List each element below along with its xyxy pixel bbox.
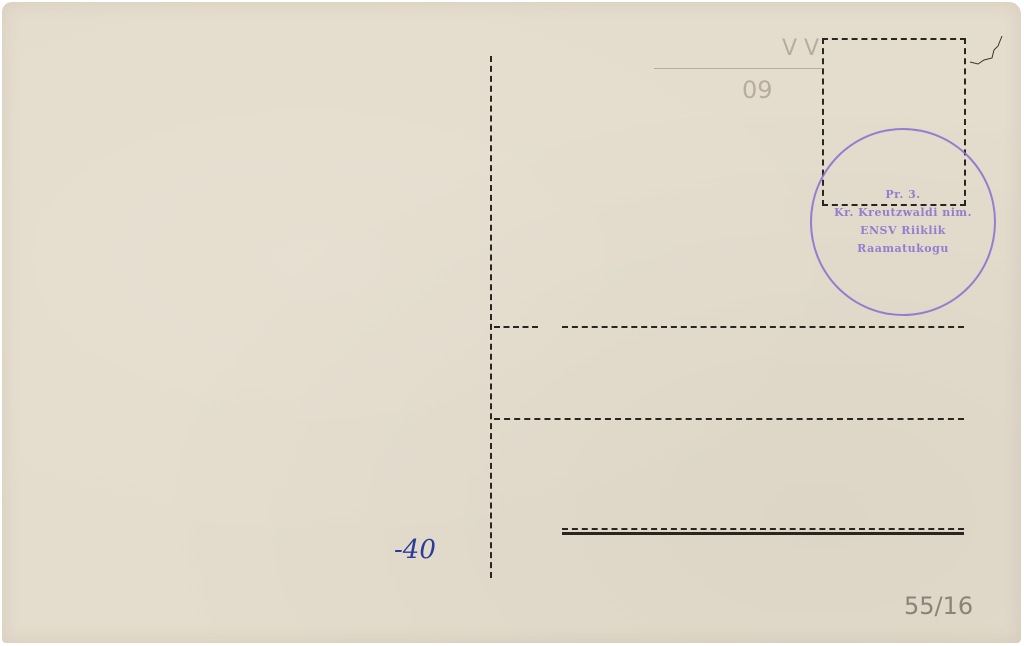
library-postmark-stamp: Pr. 3. Kr. Kreutzwaldi nim. ENSV Riiklik… bbox=[810, 128, 996, 316]
postcard-back: V V 09 Pr. 3. Kr. Kreutzwaldi nim. ENSV … bbox=[2, 2, 1021, 643]
pencil-catalog-number: 55/16 bbox=[904, 592, 973, 620]
postmark-line-2: Kr. Kreutzwaldi nim. bbox=[834, 204, 972, 222]
blue-ink-annotation: -40 bbox=[394, 535, 436, 565]
address-line-2 bbox=[494, 418, 964, 420]
postmark-line-1: Pr. 3. bbox=[885, 186, 920, 204]
postmark-line-4: Raamatukogu bbox=[857, 240, 949, 258]
faint-pencil-mark: V V bbox=[782, 36, 819, 61]
address-line-1-short bbox=[494, 326, 538, 328]
address-line-1 bbox=[562, 326, 964, 328]
address-line-3-dashed bbox=[562, 528, 964, 530]
center-divider-line bbox=[490, 56, 492, 578]
paper-crack-icon bbox=[966, 34, 1006, 74]
faint-pencil-line bbox=[654, 68, 822, 69]
postmark-line-3: ENSV Riiklik bbox=[860, 222, 946, 240]
faint-pencil-number: 09 bbox=[742, 76, 773, 104]
address-line-3-solid bbox=[562, 532, 964, 535]
